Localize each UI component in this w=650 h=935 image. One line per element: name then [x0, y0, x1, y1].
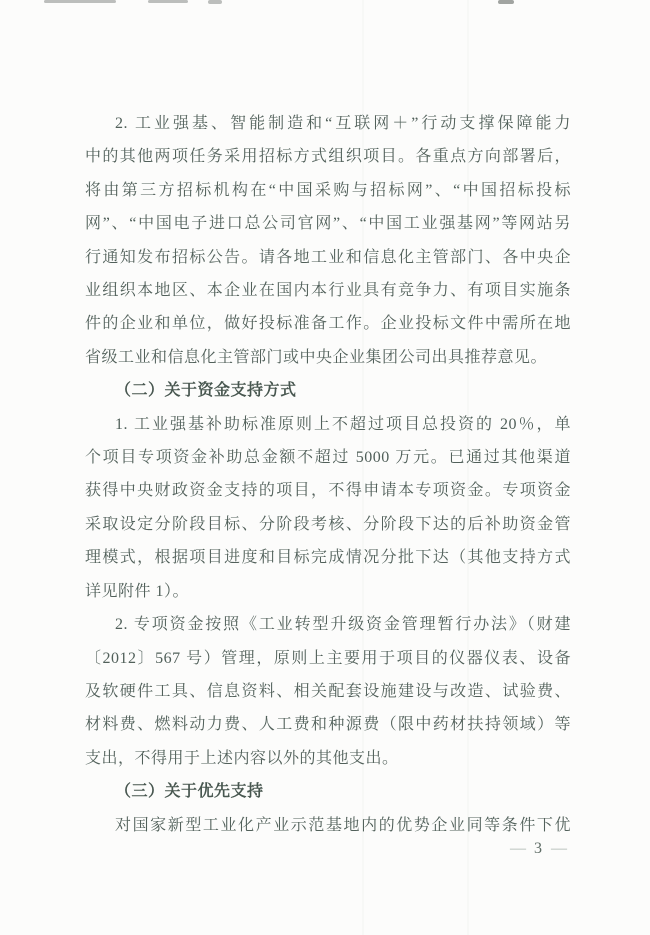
text-line: 件的企业和单位，做好投标准备工作。企业投标文件中需所在地 — [85, 307, 571, 340]
page-number-dash-left: — — [510, 839, 525, 859]
text-line: 网”、“中国电子进口总公司官网”、“中国工业强基网”等网站另 — [85, 207, 571, 240]
text-line: 〔2012〕567 号）管理，原则上主要用于项目的仪器仪表、设备 — [85, 642, 571, 675]
scan-smudge — [498, 0, 514, 4]
section-heading: （二）关于资金支持方式 — [85, 374, 571, 407]
text-line: 详见附件 1）。 — [85, 575, 571, 608]
text-line: 材料费、燃料动力费、人工费和种源费（限中药材扶持领域）等 — [85, 708, 571, 741]
text-line: 中的其他两项任务采用招标方式组织项目。各重点方向部署后， — [85, 140, 571, 173]
text-line: 将由第三方招标机构在“中国采购与招标网”、“中国招标投标 — [85, 174, 571, 207]
page-number-value: 3 — [534, 839, 542, 859]
text-line: 业组织本地区、本企业在国内本行业具有竞争力、有项目实施条 — [85, 274, 571, 307]
document-body: 2. 工业强基、智能制造和“互联网＋”行动支撑保障能力中的其他两项任务采用招标方… — [85, 107, 571, 842]
text-line: 1. 工业强基补助标准原则上不超过项目总投资的 20％，单 — [85, 408, 571, 441]
text-line: 个项目专项资金补助总金额不超过 5000 万元。已通过其他渠道 — [85, 441, 571, 474]
text-line: 省级工业和信息化主管部门或中央企业集团公司出具推荐意见。 — [85, 341, 571, 374]
document-page: 2. 工业强基、智能制造和“互联网＋”行动支撑保障能力中的其他两项任务采用招标方… — [0, 0, 650, 935]
section-heading: （三）关于优先支持 — [85, 775, 571, 808]
text-line: 及软硬件工具、信息资料、相关配套设施建设与改造、试验费、 — [85, 675, 571, 708]
text-line: 采取设定分阶段目标、分阶段考核、分阶段下达的后补助资金管 — [85, 508, 571, 541]
text-line: 行通知发布招标公告。请各地工业和信息化主管部门、各中央企 — [85, 241, 571, 274]
text-line: 2. 专项资金按照《工业转型升级资金管理暂行办法》（财建 — [85, 608, 571, 641]
scan-smudge — [44, 0, 116, 3]
text-line: 支出，不得用于上述内容以外的其他支出。 — [85, 742, 571, 775]
page-number-dash-right: — — [551, 839, 566, 859]
text-line: 对国家新型工业化产业示范基地内的优势企业同等条件下优 — [85, 809, 571, 842]
text-line: 获得中央财政资金支持的项目，不得申请本专项资金。专项资金 — [85, 474, 571, 507]
scan-smudge — [208, 0, 222, 4]
page-number: — 3 — — [510, 839, 566, 859]
text-line: 理模式，根据项目进度和目标完成情况分批下达（其他支持方式 — [85, 541, 571, 574]
scan-smudge — [148, 0, 188, 3]
text-line: 2. 工业强基、智能制造和“互联网＋”行动支撑保障能力 — [85, 107, 571, 140]
